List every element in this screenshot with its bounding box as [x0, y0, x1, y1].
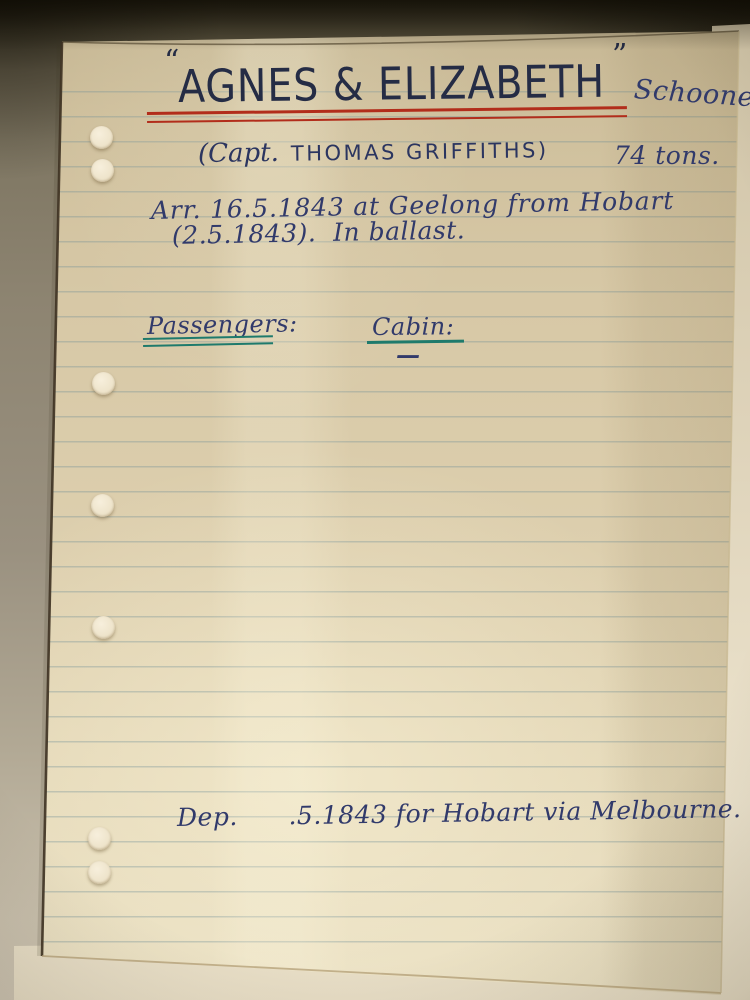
- arrival-line-2: (2.5.1843). In ballast.: [172, 215, 466, 250]
- punch-hole: [92, 372, 115, 395]
- captain-line: (Capt. THOMAS GRIFFITHS): [198, 134, 549, 169]
- punch-hole: [90, 126, 113, 149]
- punch-hole: [91, 159, 114, 182]
- title-close-quote: ”: [612, 38, 627, 73]
- cabin-heading: Cabin:: [372, 312, 455, 341]
- tonnage: 74 tons.: [614, 141, 720, 170]
- document-photo: “ AGNES & ELIZABETH ” Schooner. (Capt. T…: [0, 0, 750, 1000]
- captain-prefix: (Capt.: [198, 138, 279, 169]
- cabin-nil-dash: —: [396, 340, 421, 369]
- punch-hole: [92, 616, 115, 639]
- punch-hole: [91, 494, 114, 517]
- punch-hole: [88, 827, 111, 850]
- punch-hole: [88, 861, 111, 884]
- captain-names: THOMAS GRIFFITHS): [291, 138, 549, 166]
- ship-name: AGNES & ELIZABETH: [178, 55, 606, 113]
